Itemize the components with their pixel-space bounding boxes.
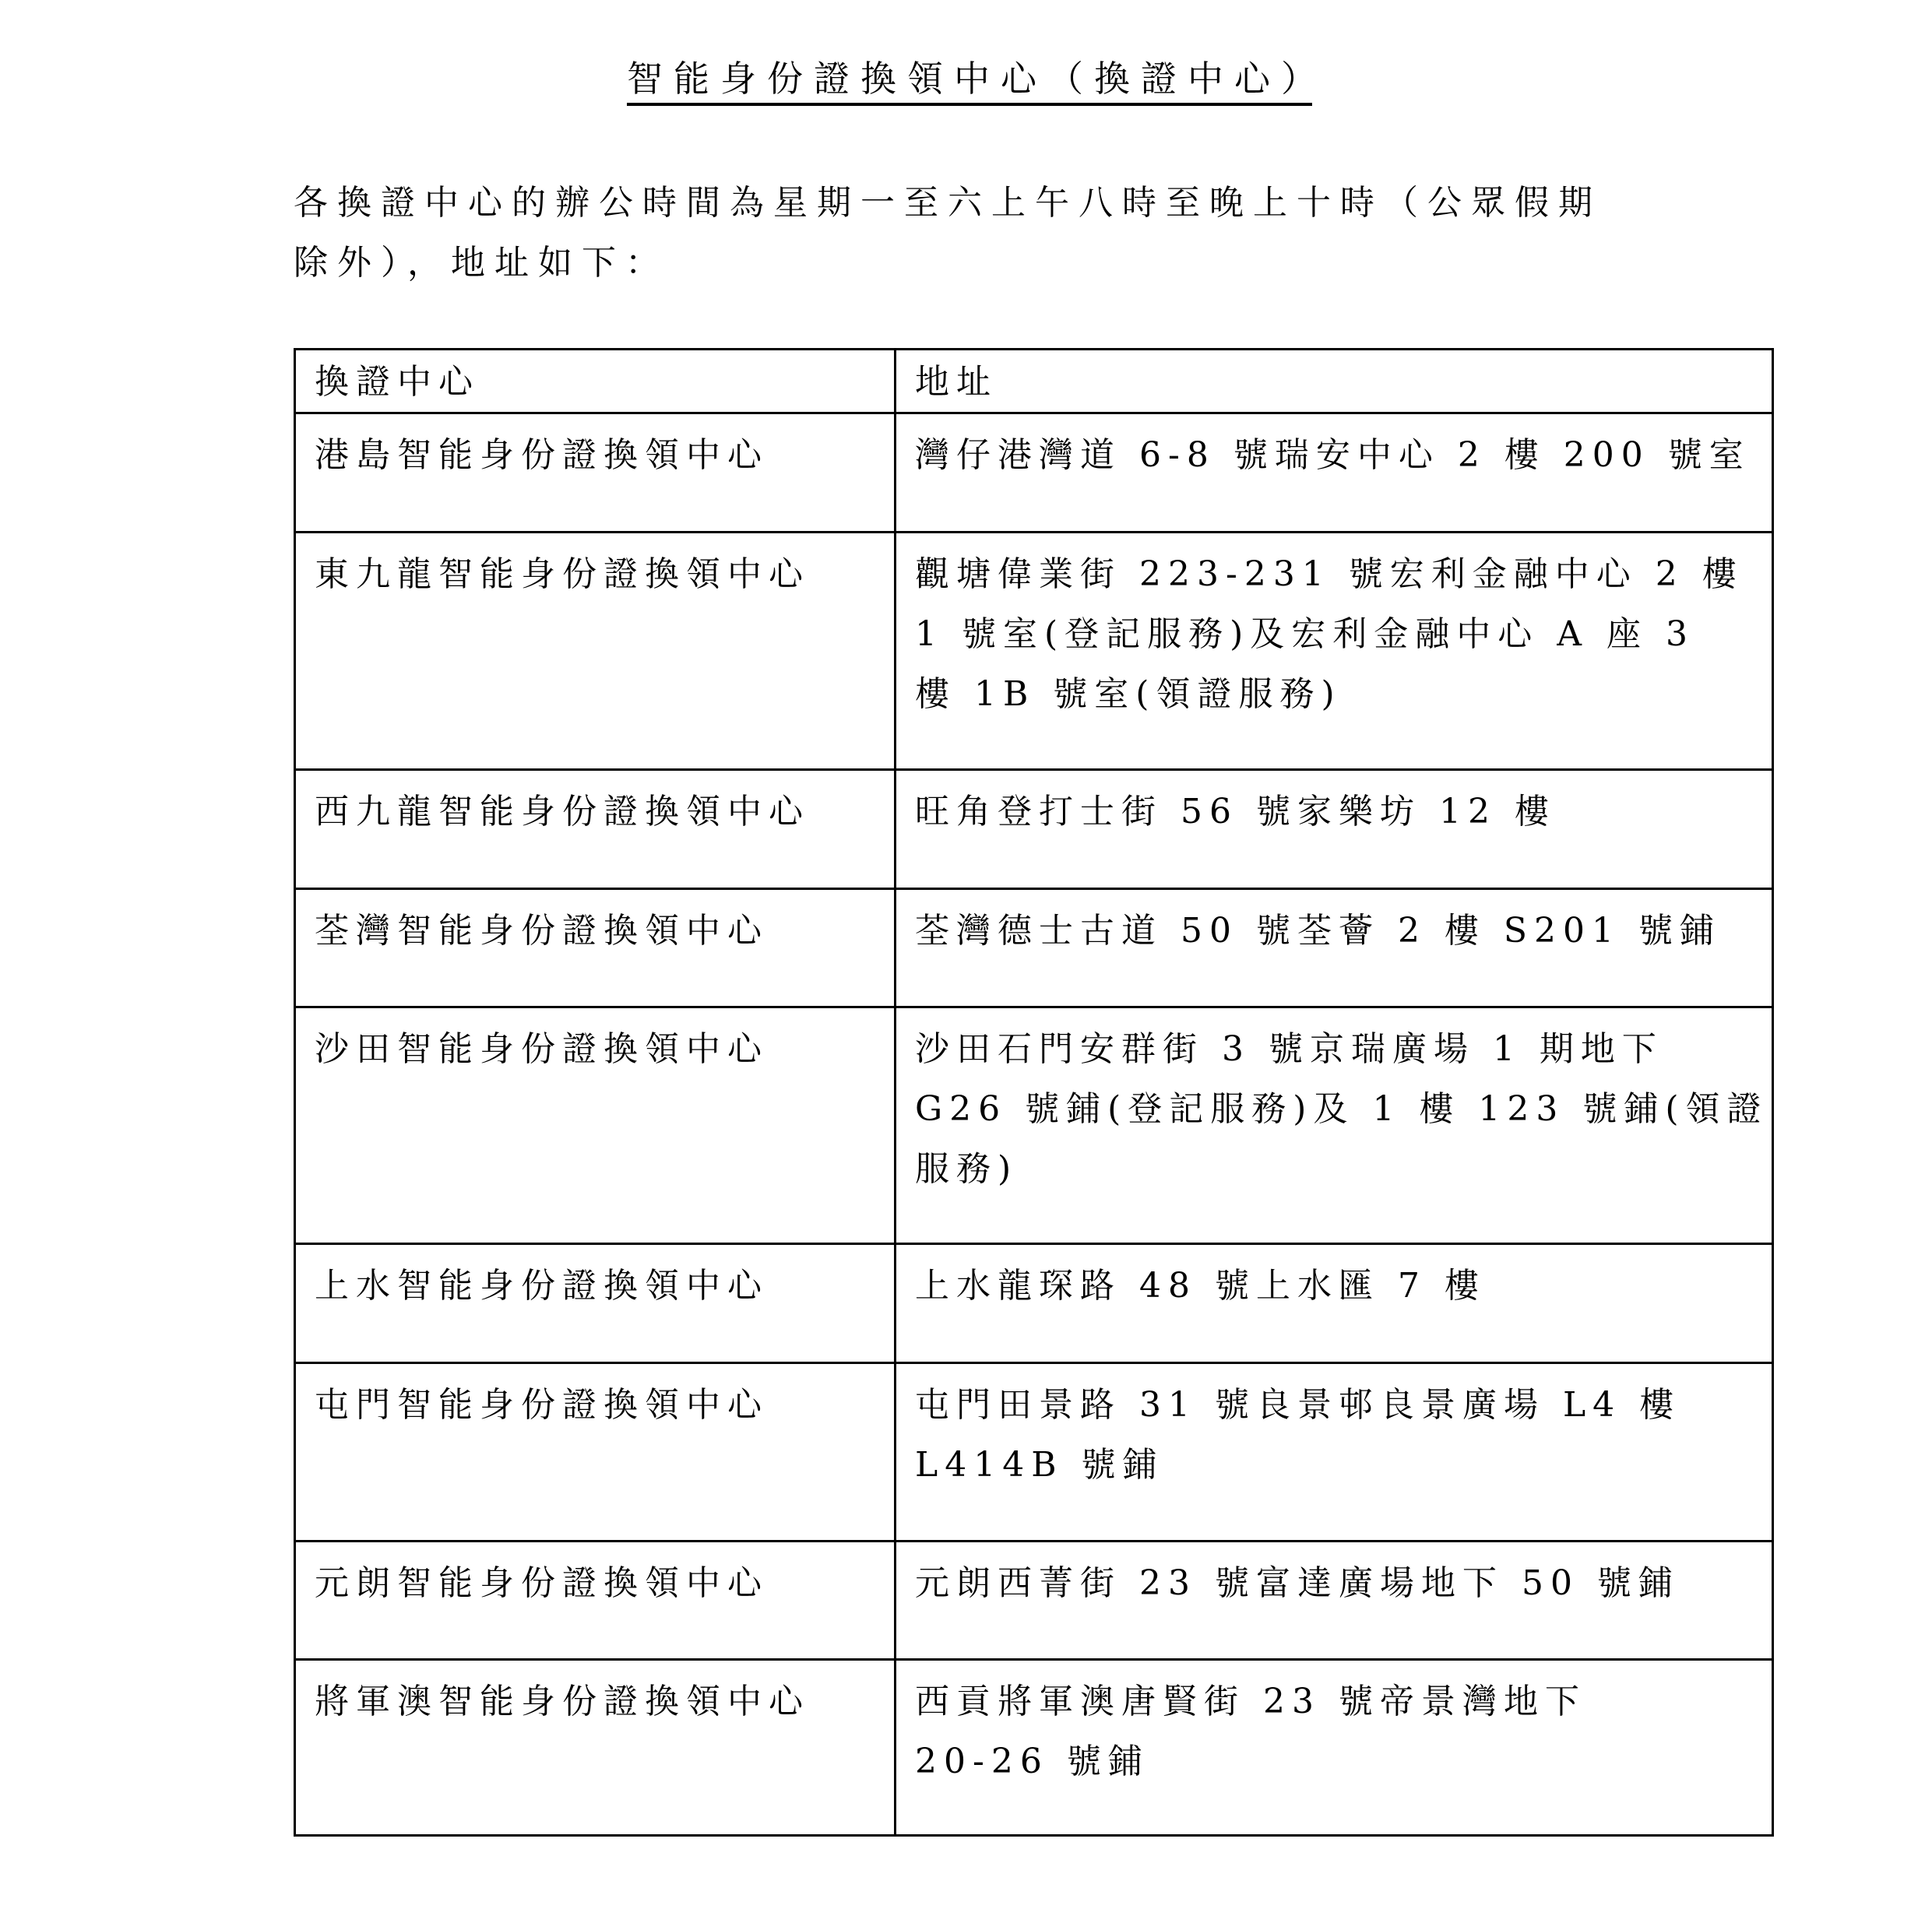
column-header-address: 地址 <box>896 350 1773 413</box>
table-header-row: 換證中心 地址 <box>295 350 1773 413</box>
page-title: 智能身份證換領中心（換證中心） <box>627 56 1312 106</box>
address-line: 灣仔港灣道 6-8 號瑞安中心 2 樓 200 號室 <box>915 425 1772 485</box>
address-cell: 上水龍琛路 48 號上水匯 7 樓 <box>896 1244 1773 1363</box>
address-line: L414B 號鋪 <box>915 1435 1772 1495</box>
address-cell: 沙田石門安群街 3 號京瑞廣場 1 期地下G26 號鋪(登記服務)及 1 樓 1… <box>896 1007 1773 1244</box>
address-cell: 屯門田景路 31 號良景邨良景廣場 L4 樓L414B 號鋪 <box>896 1363 1773 1542</box>
intro-paragraph: 各換證中心的辦公時間為星期一至六上午八時至晚上十時（公眾假期 除外），地址如下： <box>294 173 1773 293</box>
table-row: 港島智能身份證換領中心灣仔港灣道 6-8 號瑞安中心 2 樓 200 號室 <box>295 413 1773 533</box>
address-line: 沙田石門安群街 3 號京瑞廣場 1 期地下 <box>915 1019 1772 1079</box>
address-line: 樓 1B 號室(領證服務) <box>915 664 1772 724</box>
address-line: 20-26 號鋪 <box>915 1731 1772 1791</box>
address-cell: 荃灣德士古道 50 號荃薈 2 樓 S201 號鋪 <box>896 889 1773 1007</box>
table-row: 西九龍智能身份證換領中心旺角登打士街 56 號家樂坊 12 樓 <box>295 770 1773 889</box>
table-row: 沙田智能身份證換領中心沙田石門安群街 3 號京瑞廣場 1 期地下G26 號鋪(登… <box>295 1007 1773 1244</box>
address-cell: 西貢將軍澳唐賢街 23 號帝景灣地下20-26 號鋪 <box>896 1660 1773 1836</box>
center-name-cell: 西九龍智能身份證換領中心 <box>295 770 896 889</box>
address-line: 屯門田景路 31 號良景邨良景廣場 L4 樓 <box>915 1375 1772 1435</box>
center-name-cell: 沙田智能身份證換領中心 <box>295 1007 896 1244</box>
address-line: 元朗西菁街 23 號富達廣場地下 50 號鋪 <box>915 1553 1772 1613</box>
address-line: 1 號室(登記服務)及宏利金融中心 A 座 3 <box>915 604 1772 664</box>
address-cell: 灣仔港灣道 6-8 號瑞安中心 2 樓 200 號室 <box>896 413 1773 533</box>
center-name-cell: 港島智能身份證換領中心 <box>295 413 896 533</box>
intro-line: 除外），地址如下： <box>294 233 1773 293</box>
center-name-cell: 將軍澳智能身份證換領中心 <box>295 1660 896 1836</box>
address-line: 觀塘偉業街 223-231 號宏利金融中心 2 樓 <box>915 544 1772 604</box>
address-line: 服務) <box>915 1139 1772 1199</box>
address-cell: 觀塘偉業街 223-231 號宏利金融中心 2 樓1 號室(登記服務)及宏利金融… <box>896 533 1773 770</box>
address-line: G26 號鋪(登記服務)及 1 樓 123 號鋪(領證 <box>915 1079 1772 1139</box>
center-name-cell: 元朗智能身份證換領中心 <box>295 1542 896 1660</box>
column-header-center: 換證中心 <box>295 350 896 413</box>
address-line: 旺角登打士街 56 號家樂坊 12 樓 <box>915 782 1772 842</box>
address-line: 西貢將軍澳唐賢街 23 號帝景灣地下 <box>915 1672 1772 1731</box>
table-row: 上水智能身份證換領中心上水龍琛路 48 號上水匯 7 樓 <box>295 1244 1773 1363</box>
address-line: 上水龍琛路 48 號上水匯 7 樓 <box>915 1256 1772 1316</box>
address-line: 荃灣德士古道 50 號荃薈 2 樓 S201 號鋪 <box>915 901 1772 961</box>
center-name-cell: 屯門智能身份證換領中心 <box>295 1363 896 1542</box>
table-row: 將軍澳智能身份證換領中心西貢將軍澳唐賢街 23 號帝景灣地下20-26 號鋪 <box>295 1660 1773 1836</box>
table-row: 荃灣智能身份證換領中心荃灣德士古道 50 號荃薈 2 樓 S201 號鋪 <box>295 889 1773 1007</box>
table-row: 屯門智能身份證換領中心屯門田景路 31 號良景邨良景廣場 L4 樓L414B 號… <box>295 1363 1773 1542</box>
address-cell: 旺角登打士街 56 號家樂坊 12 樓 <box>896 770 1773 889</box>
intro-line: 各換證中心的辦公時間為星期一至六上午八時至晚上十時（公眾假期 <box>294 173 1773 233</box>
table-row: 東九龍智能身份證換領中心觀塘偉業街 223-231 號宏利金融中心 2 樓1 號… <box>295 533 1773 770</box>
center-name-cell: 東九龍智能身份證換領中心 <box>295 533 896 770</box>
address-cell: 元朗西菁街 23 號富達廣場地下 50 號鋪 <box>896 1542 1773 1660</box>
center-name-cell: 荃灣智能身份證換領中心 <box>295 889 896 1007</box>
center-name-cell: 上水智能身份證換領中心 <box>295 1244 896 1363</box>
centers-table: 換證中心 地址 港島智能身份證換領中心灣仔港灣道 6-8 號瑞安中心 2 樓 2… <box>294 348 1774 1837</box>
table-row: 元朗智能身份證換領中心元朗西菁街 23 號富達廣場地下 50 號鋪 <box>295 1542 1773 1660</box>
